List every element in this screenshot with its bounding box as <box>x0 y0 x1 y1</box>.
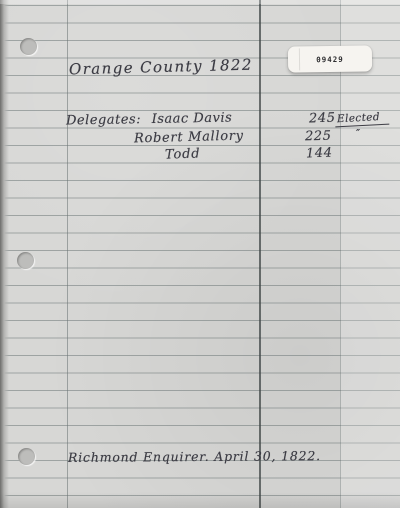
vote-count-3: 144 <box>306 146 333 162</box>
delegates-heading: Delegates: <box>66 112 141 128</box>
punch-hole-middle <box>17 252 34 269</box>
right-column-highlight <box>341 0 400 508</box>
paper-left-edge <box>0 0 9 508</box>
top-edge-highlight <box>0 0 400 4</box>
bottom-edge-shadow <box>0 492 400 508</box>
vote-count-2: 225 <box>305 129 332 144</box>
punch-hole-top <box>20 38 37 55</box>
catalog-number: 09429 <box>316 54 344 63</box>
delegate-name-3: Todd <box>165 146 201 162</box>
vote-count-1: 245 <box>309 111 336 127</box>
punch-hole-bottom <box>18 448 35 465</box>
source-citation: Richmond Enquirer. April 30, 1822. <box>68 448 321 465</box>
delegates-row-1: Delegates: Isaac Davis <box>66 111 232 129</box>
center-divider-line <box>259 0 261 508</box>
delegate-name-2: Robert Mallory <box>134 129 244 147</box>
left-margin-line <box>67 0 68 508</box>
sticker-crease <box>299 48 300 70</box>
catalog-label-sticker: 09429 <box>288 45 372 72</box>
scanned-ledger-page: 09429 Orange County 1822 Delegates: Isaa… <box>0 0 400 508</box>
delegate-name-1: Isaac Davis <box>152 111 233 127</box>
vote-note-elected: Elected <box>335 111 390 128</box>
vote-note-ditto: ″ <box>356 127 360 140</box>
